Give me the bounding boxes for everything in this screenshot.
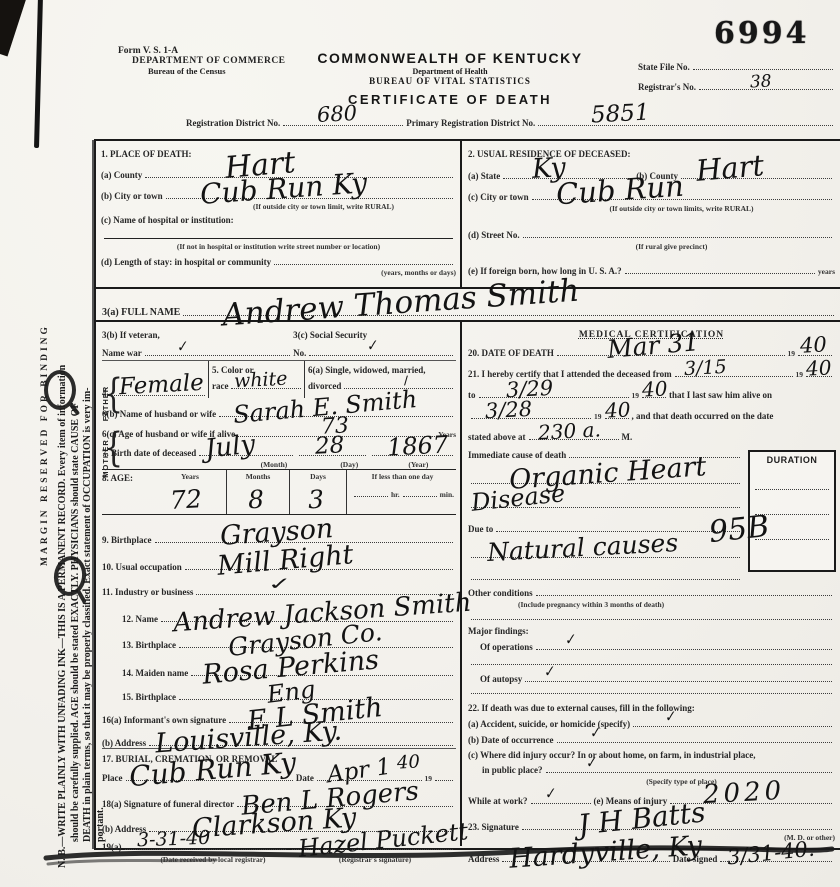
residence-county-value: Hart: [695, 151, 765, 186]
burial-year-value: 40: [396, 753, 420, 772]
registration-district-line: Registration District No. 680 Primary Re…: [186, 118, 836, 128]
checkmark-icon: ✓: [665, 709, 676, 726]
ssn-label: 3(c) Social Security: [293, 330, 367, 340]
burial-place-label: Place: [102, 773, 123, 783]
checkmark-icon: ✓: [177, 339, 188, 356]
informant-signature-label: 16(a) Informant's own signature: [102, 715, 226, 725]
due-to-label: Due to: [468, 524, 493, 534]
registrar-no-value: 38: [749, 73, 772, 91]
age-days-value: 3: [307, 487, 324, 513]
scan-edge-line-artifact: [34, 0, 43, 148]
primary-district-value: 5851: [591, 101, 651, 127]
city-town-label: (b) City or town: [101, 191, 163, 201]
received-label: 19(a): [102, 842, 122, 852]
checkmark-icon: ✓: [590, 725, 601, 742]
state-file-no-label: State File No.: [638, 62, 690, 72]
burial-date-label: Date: [296, 773, 314, 783]
full-name-row: 3(a) FULL NAME Andrew Thomas Smith: [96, 287, 840, 320]
attended-from-value: 3/15: [684, 358, 728, 379]
where-injury-label-1: (c) Where did injury occur? In or about …: [468, 750, 756, 760]
certify-text-4: stated above at: [468, 432, 526, 442]
dept-health: Department of Health: [285, 67, 615, 76]
industry-label: 11. Industry or business: [102, 587, 193, 597]
of-autopsy-label: Of autopsy: [480, 674, 522, 684]
residence-state-label: (a) State: [468, 171, 500, 181]
age-years-value: 72: [169, 486, 202, 513]
birthdate-day-value: 28: [315, 434, 345, 459]
section-place-of-death: 1. PLACE OF DEATH: (a) County Hart (b) C…: [96, 141, 462, 287]
medical-certification-column: MEDICAL CERTIFICATION 20. DATE OF DEATH …: [462, 322, 840, 846]
checkmark-icon: ✓: [566, 632, 577, 649]
mother-birthplace-label: 15. Birthplace: [122, 692, 176, 702]
bureau-vital-statistics: BUREAU OF VITAL STATISTICS: [285, 76, 615, 86]
last-seen-year: 40: [604, 399, 630, 420]
while-at-work-label: While at work?: [468, 796, 528, 806]
immediate-cause-label: Immediate cause of death: [468, 450, 566, 460]
registration-district-label: Registration District No.: [186, 118, 280, 128]
hospital-label: (c) Name of hospital or institution:: [101, 215, 234, 225]
scan-corner-artifact: [0, 0, 27, 56]
ssn-no-label: No.: [293, 348, 306, 358]
certificate-form: 1. PLACE OF DEATH: (a) County Hart (b) C…: [94, 139, 840, 850]
age-days-label: Days: [290, 470, 346, 481]
checkmark-icon: ✓: [586, 755, 597, 772]
form-identification: Form V. S. 1-A DEPARTMENT OF COMMERCE Bu…: [118, 46, 286, 76]
age-months-label: Months: [227, 470, 289, 481]
other-conditions-label: Other conditions: [468, 588, 533, 598]
bureau-census: Bureau of the Census: [118, 66, 286, 76]
date-of-death-label: 20. DATE OF DEATH: [468, 348, 554, 358]
dept-commerce: DEPARTMENT OF COMMERCE: [118, 56, 286, 66]
certify-to-label: to: [468, 390, 476, 400]
received-date-value: 3-31-40: [137, 829, 211, 851]
margin-binding-note: MARGIN RESERVED FOR BINDING: [40, 146, 50, 566]
margin-nb-line: DEATH in plain terms, so that it may be …: [82, 146, 95, 868]
funeral-director-label: 18(a) Signature of funeral director: [102, 799, 234, 809]
checkmark-icon: ✓: [544, 664, 555, 681]
received-note: (Date received by local registrar): [132, 855, 294, 864]
checkmark-icon: ✓: [267, 575, 292, 593]
certify-text-3: , and that death occurred on the date: [632, 411, 774, 421]
age-grid: 8. AGE: Years 72 Months 8 Days 3 If le: [102, 469, 456, 515]
certify-m-label: M.: [622, 432, 633, 442]
commonwealth-title: COMMONWEALTH OF KENTUCKY: [285, 50, 615, 66]
father-birthplace-label: 13. Birthplace: [122, 640, 176, 650]
race-label2: race: [212, 381, 228, 391]
section-usual-residence: 2. USUAL RESIDENCE OF DECEASED: (a) Stat…: [462, 141, 840, 287]
birthdate-month-value: July: [204, 431, 257, 462]
birthdate-year-value: 1867: [386, 432, 448, 459]
margin-nb-line: N. B.—WRITE PLAINLY WITH UNFADING INK—TH…: [57, 146, 70, 868]
veteran-label: 3(b) If veteran,: [102, 330, 160, 340]
attended-from-year: 40: [805, 357, 831, 378]
birthplace-label: 9. Birthplace: [102, 535, 152, 545]
file-number-stamp: 6994: [714, 16, 810, 51]
major-findings-label: Major findings:: [468, 626, 529, 636]
race-value: white: [234, 370, 288, 392]
death-time-value: 230 a.: [537, 419, 601, 442]
checkmark-icon: ✓: [545, 786, 556, 803]
mother-name-label: 14. Maiden name: [122, 668, 188, 678]
county-label: (a) County: [101, 170, 142, 180]
attended-to-year: 40: [641, 378, 667, 399]
marital-label: 6(a) Single, widowed, married,: [308, 361, 456, 375]
length-of-stay-note: (years, months or days): [381, 268, 456, 277]
occurrence-label: (b) Date of occurrence: [468, 735, 554, 745]
primary-district-label: Primary Registration District No.: [406, 118, 535, 128]
scanned-death-certificate: MARGIN RESERVED FOR BINDING N. B.—WRITE …: [0, 0, 840, 887]
duration-label: DURATION: [750, 452, 834, 465]
age-months-value: 8: [247, 487, 264, 513]
physician-address-label: Address: [468, 854, 499, 864]
registrar-no-label: Registrar's No.: [638, 82, 696, 92]
age-less-label: If less than one day: [351, 472, 454, 481]
age-min-label: min.: [440, 490, 454, 499]
certificate-heading: COMMONWEALTH OF KENTUCKY Department of H…: [285, 50, 615, 107]
due-code-value: 95B: [708, 512, 771, 548]
means-of-injury-value: 2020: [702, 778, 785, 808]
mother-brace: {: [104, 429, 123, 470]
physician-signature-label: 23. Signature: [468, 822, 519, 832]
informant-address-label: (b) Address: [102, 738, 146, 748]
year-prefix: 19: [632, 391, 640, 400]
occupation-label: 10. Usual occupation: [102, 562, 182, 572]
where-injury-label-2: in public place?: [482, 765, 543, 775]
personal-particulars-column: 3(b) If veteran, Name war ✓ 3(c) Social …: [96, 322, 462, 846]
foreign-born-unit: years: [818, 267, 835, 276]
sex-value: Female: [119, 372, 205, 399]
length-of-stay-label: (d) Length of stay: in hospital or commu…: [101, 257, 271, 267]
sub-day: (Day): [318, 460, 381, 469]
sub-month: (Month): [230, 460, 318, 469]
residence-city-value: Cub Run: [555, 172, 685, 210]
year-prefix: 19: [788, 349, 796, 358]
veteran-war-label: Name war: [102, 348, 142, 358]
father-name-label: 12. Name: [122, 614, 158, 624]
marital-label2: divorced: [308, 381, 341, 391]
external-causes-label: 22. If death was due to external causes,…: [468, 703, 695, 713]
form-number: Form V. S. 1-A: [118, 46, 286, 56]
place-of-death-title: 1. PLACE OF DEATH:: [101, 149, 192, 159]
dod-year-value: 40: [800, 334, 828, 356]
year-prefix: 19: [796, 370, 804, 379]
file-numbers: State File No. Registrar's No. 38: [638, 52, 836, 92]
age-years-label: Years: [154, 470, 226, 481]
other-conditions-note: (Include pregnancy within 3 months of de…: [518, 600, 664, 609]
certify-text-2: that I last saw him alive on: [669, 390, 772, 400]
margin-nb-line: should be carefully supplied. AGE should…: [70, 146, 83, 868]
of-operations-label: Of operations: [480, 642, 533, 652]
age-hr-label: hr.: [391, 490, 400, 499]
last-seen-value: 3/28: [485, 399, 533, 422]
burial-year-prefix: 19: [425, 774, 433, 783]
registration-district-value: 680: [316, 103, 357, 126]
full-name-label: 3(a) FULL NAME: [102, 307, 180, 318]
street-no-note: (If rural give precinct): [636, 242, 708, 251]
street-no-label: (d) Street No.: [468, 230, 520, 240]
accident-label: (a) Accident, suicide, or homicide (spec…: [468, 719, 630, 729]
residence-city-label: (c) City or town: [468, 192, 529, 202]
hospital-note: (If not in hospital or institution write…: [177, 242, 380, 251]
checkmark-icon: ✓: [367, 338, 378, 355]
